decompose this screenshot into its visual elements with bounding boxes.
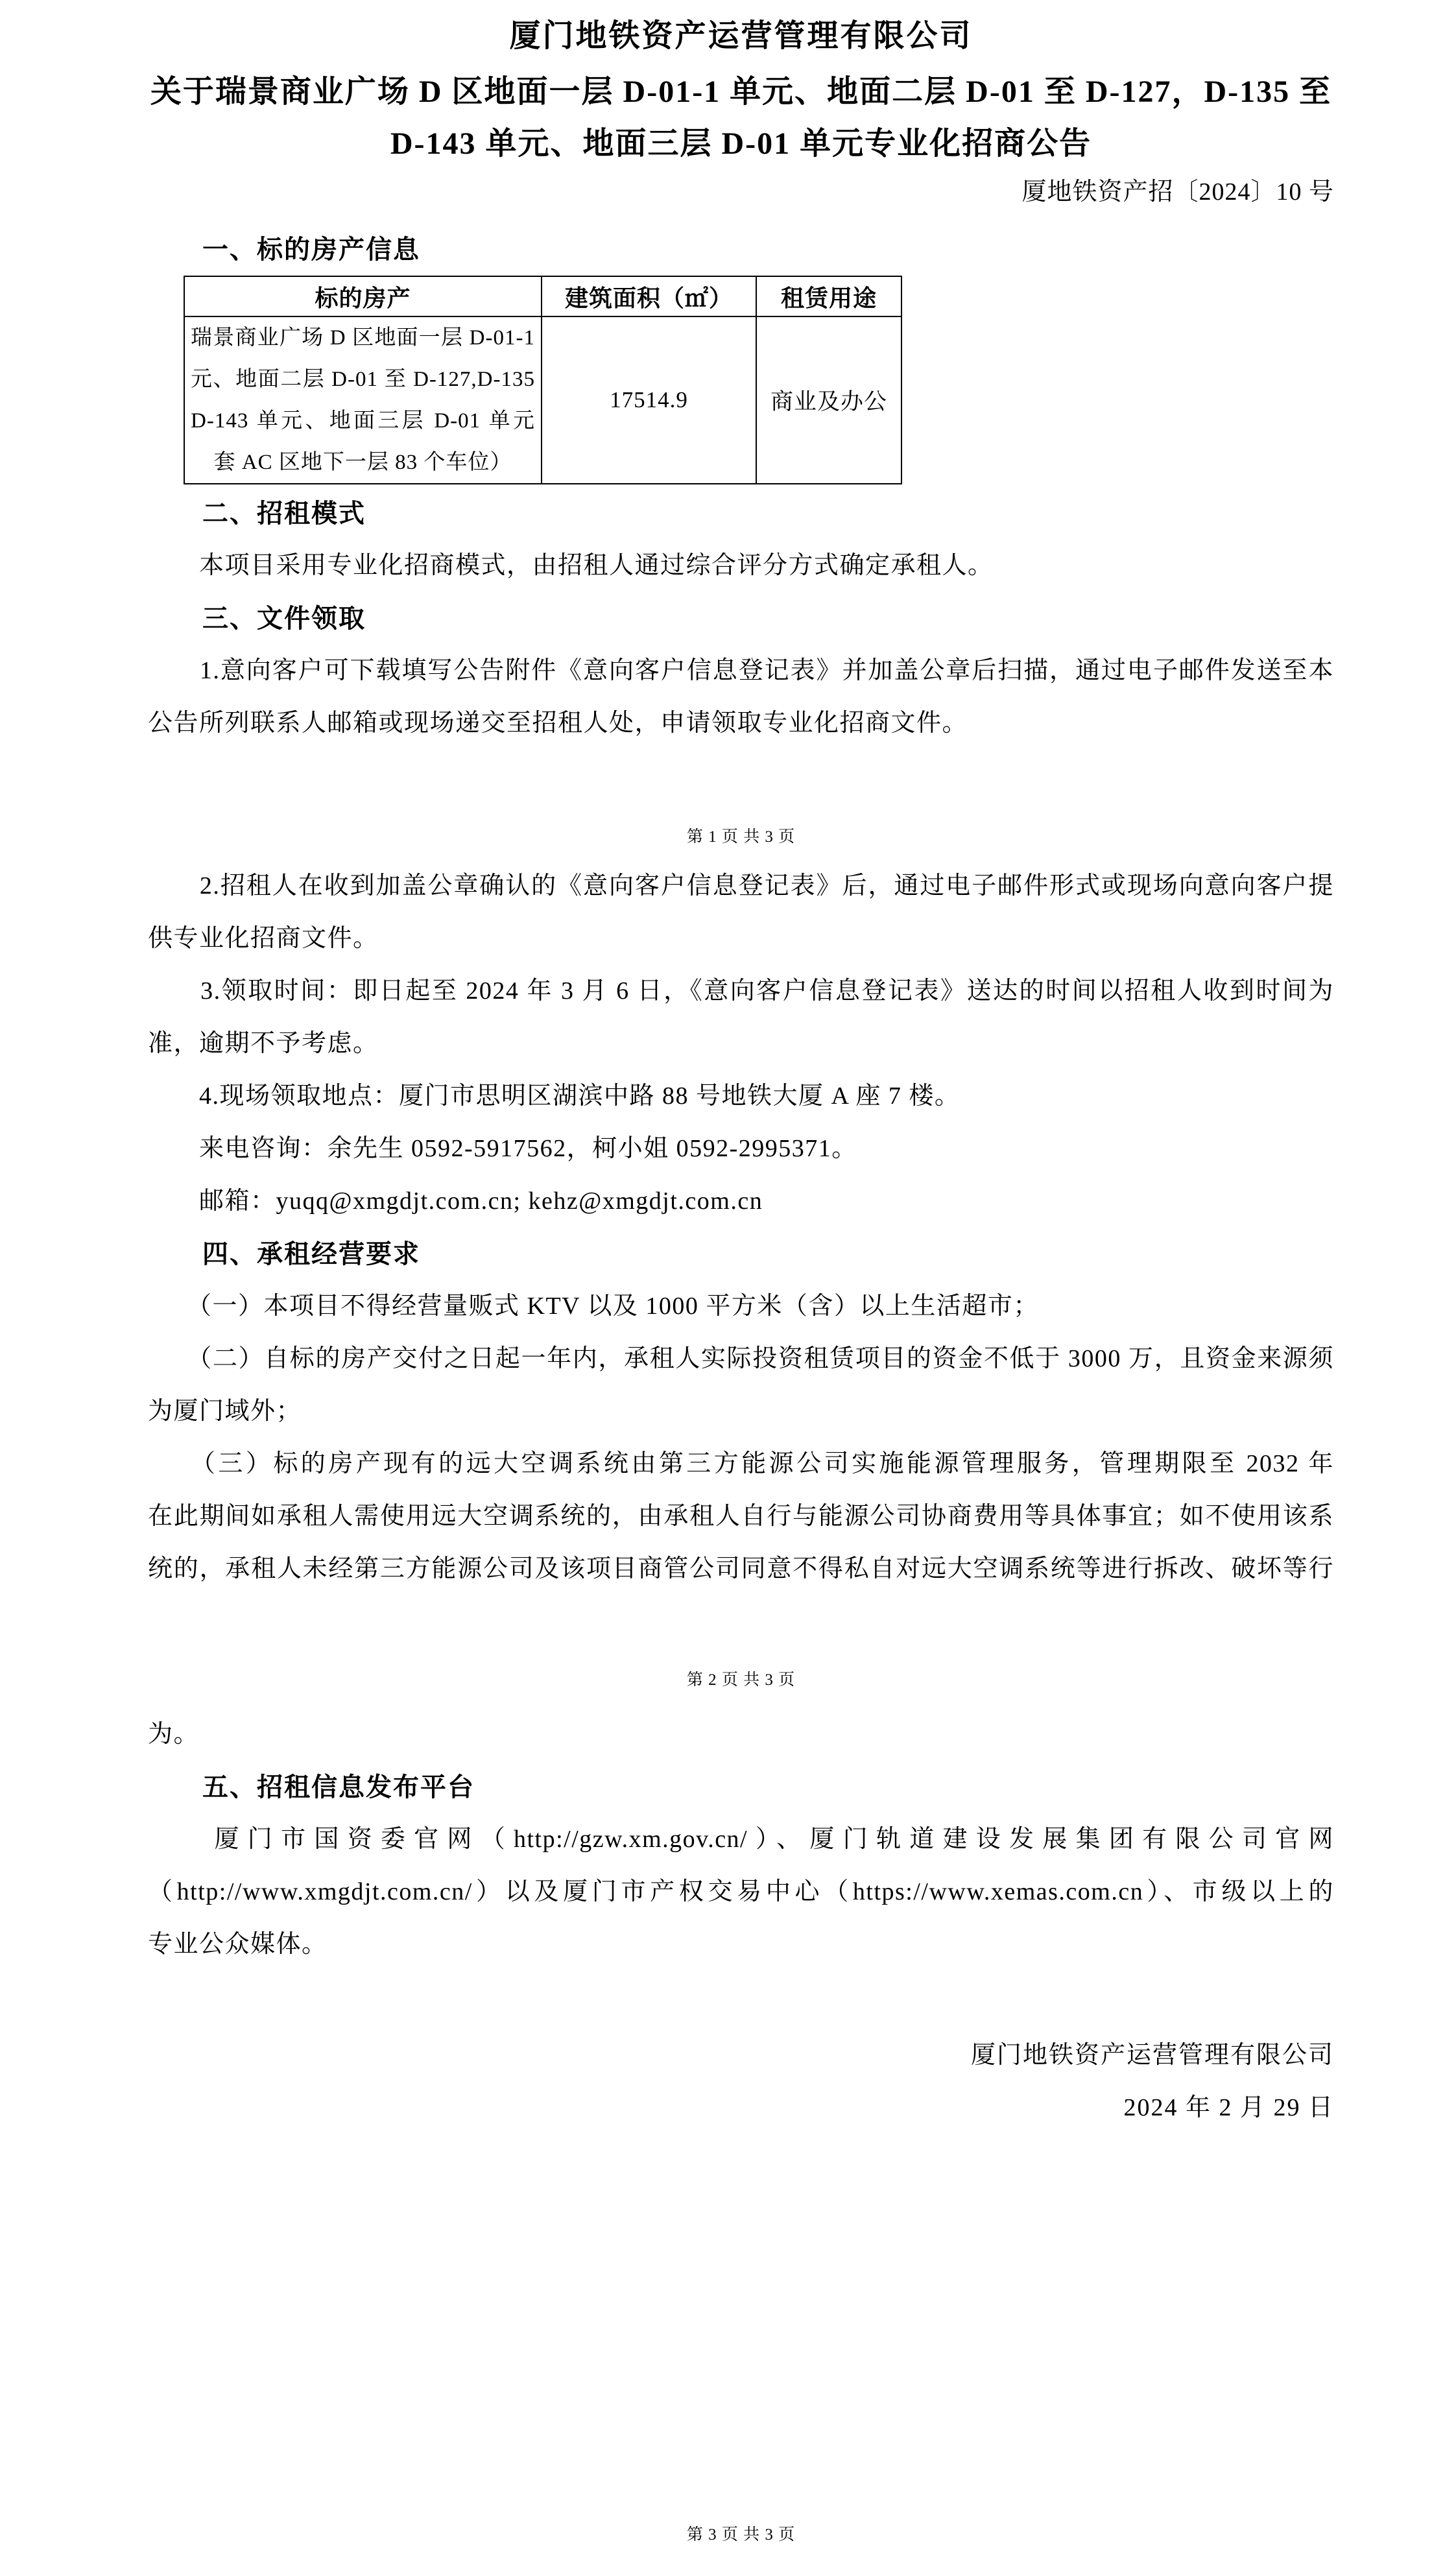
section-heading-lease-requirements: 四、承租经营要求 xyxy=(148,1228,1334,1280)
paragraph-line: 公告所列联系人邮箱或现场递交至招租人处，申请领取专业化招商文件。 xyxy=(148,697,1334,750)
paragraph-line: 专业公众媒体。 xyxy=(148,1918,1334,1971)
section-heading-publish-platform: 五、招租信息发布平台 xyxy=(148,1761,1334,1813)
table-header-usage: 租赁用途 xyxy=(756,276,901,316)
page-footer-1: 第 1 页 共 3 页 xyxy=(148,828,1334,847)
document-page: 厦门地铁资产运营管理有限公司 关于瑞景商业广场 D 区地面一层 D-01-1 单… xyxy=(0,0,1456,2550)
table-cell-property: 瑞景商业广场 D 区地面一层 D-01-1 单 元、地面二层 D-01 至 D-… xyxy=(184,316,542,484)
signature-date: 2024 年 2 月 29 日 xyxy=(148,2082,1334,2134)
paragraph-line: 厦门市国资委官网（http://gzw.xm.gov.cn/）、厦门轨道建设发展… xyxy=(148,1813,1334,1866)
paragraph-line: 4.现场领取地点：厦门市思明区湖滨中路 88 号地铁大厦 A 座 7 楼。 xyxy=(148,1070,1334,1123)
subject-title: 关于瑞景商业广场 D 区地面一层 D-01-1 单元、地面二层 D-01 至 D… xyxy=(148,66,1334,170)
contact-phone-line: 来电咨询：余先生 0592-5917562，柯小姐 0592-2995371。 xyxy=(148,1123,1334,1175)
paragraph-line: 统的，承租人未经第三方能源公司及该项目商管公司同意不得私自对远大空调系统等进行拆… xyxy=(148,1543,1334,1595)
property-line: 元、地面二层 D-01 至 D-127,D-135 至 xyxy=(191,359,535,400)
section-heading-property-info: 一、标的房产信息 xyxy=(148,223,1334,276)
paragraph-line: （二）自标的房产交付之日起一年内，承租人实际投资租赁项目的资金不低于 3000 … xyxy=(148,1333,1334,1385)
table-header-property: 标的房产 xyxy=(184,276,542,316)
paragraph-line: 在此期间如承租人需使用远大空调系统的，由承租人自行与能源公司协商费用等具体事宜；… xyxy=(148,1490,1334,1543)
document-content: 厦门地铁资产运营管理有限公司 关于瑞景商业广场 D 区地面一层 D-01-1 单… xyxy=(148,0,1334,2545)
paragraph-line: 供专业化招商文件。 xyxy=(148,912,1334,965)
contact-email-line: 邮箱：yuqq@xmgdjt.com.cn; kehz@xmgdjt.com.c… xyxy=(148,1175,1334,1228)
paragraph-line: 为厦门域外； xyxy=(148,1385,1334,1438)
table-cell-area: 17514.9 xyxy=(542,316,756,484)
section-heading-file-collection: 三、文件领取 xyxy=(148,592,1334,645)
page-footer-2: 第 2 页 共 3 页 xyxy=(148,1671,1334,1690)
paragraph-line: 2.招租人在收到加盖公章确认的《意向客户信息登记表》后，通过电子邮件形式或现场向… xyxy=(148,860,1334,912)
doc-number: 厦地铁资产招〔2024〕10 号 xyxy=(148,173,1334,211)
subject-title-line-1: 关于瑞景商业广场 D 区地面一层 D-01-1 单元、地面二层 D-01 至 D… xyxy=(148,66,1334,118)
paragraph-line: （三）标的房产现有的远大空调系统由第三方能源公司实施能源管理服务，管理期限至 2… xyxy=(148,1438,1334,1490)
paragraph-line: （一）本项目不得经营量贩式 KTV 以及 1000 平方米（含）以上生活超市； xyxy=(148,1280,1334,1333)
table-cell-usage: 商业及办公 xyxy=(756,316,901,484)
subject-title-line-2: D-143 单元、地面三层 D-01 单元专业化招商公告 xyxy=(148,118,1334,170)
table-header-row: 标的房产 建筑面积（㎡） 租赁用途 xyxy=(184,276,901,316)
paragraph-line: 3.领取时间：即日起至 2024 年 3 月 6 日，《意向客户信息登记表》送达… xyxy=(148,965,1334,1018)
property-table: 标的房产 建筑面积（㎡） 租赁用途 瑞景商业广场 D 区地面一层 D-01-1 … xyxy=(184,276,902,484)
table-header-area: 建筑面积（㎡） xyxy=(542,276,756,316)
property-line: 瑞景商业广场 D 区地面一层 D-01-1 单 xyxy=(191,317,535,359)
paragraph-line: 本项目采用专业化招商模式，由招租人通过综合评分方式确定承租人。 xyxy=(148,540,1334,592)
section-heading-lease-mode: 二、招租模式 xyxy=(148,487,1334,540)
paragraph-line: 准，逾期不予考虑。 xyxy=(148,1018,1334,1070)
paragraph-line: （http://www.xmgdjt.com.cn/）以及厦门市产权交易中心（h… xyxy=(148,1866,1334,1918)
paragraph-line: 1.意向客户可下载填写公告附件《意向客户信息登记表》并加盖公章后扫描，通过电子邮… xyxy=(148,645,1334,697)
property-line: 套 AC 区地下一层 83 个车位） xyxy=(191,442,535,483)
signature-company: 厦门地铁资产运营管理有限公司 xyxy=(148,2029,1334,2082)
table-row: 瑞景商业广场 D 区地面一层 D-01-1 单 元、地面二层 D-01 至 D-… xyxy=(184,316,901,484)
property-line: D-143 单元、地面三层 D-01 单元（配 xyxy=(191,400,535,442)
page-footer-3: 第 3 页 共 3 页 xyxy=(148,2525,1334,2545)
org-title: 厦门地铁资产运营管理有限公司 xyxy=(148,16,1334,57)
paragraph-line: 为。 xyxy=(148,1708,1334,1761)
